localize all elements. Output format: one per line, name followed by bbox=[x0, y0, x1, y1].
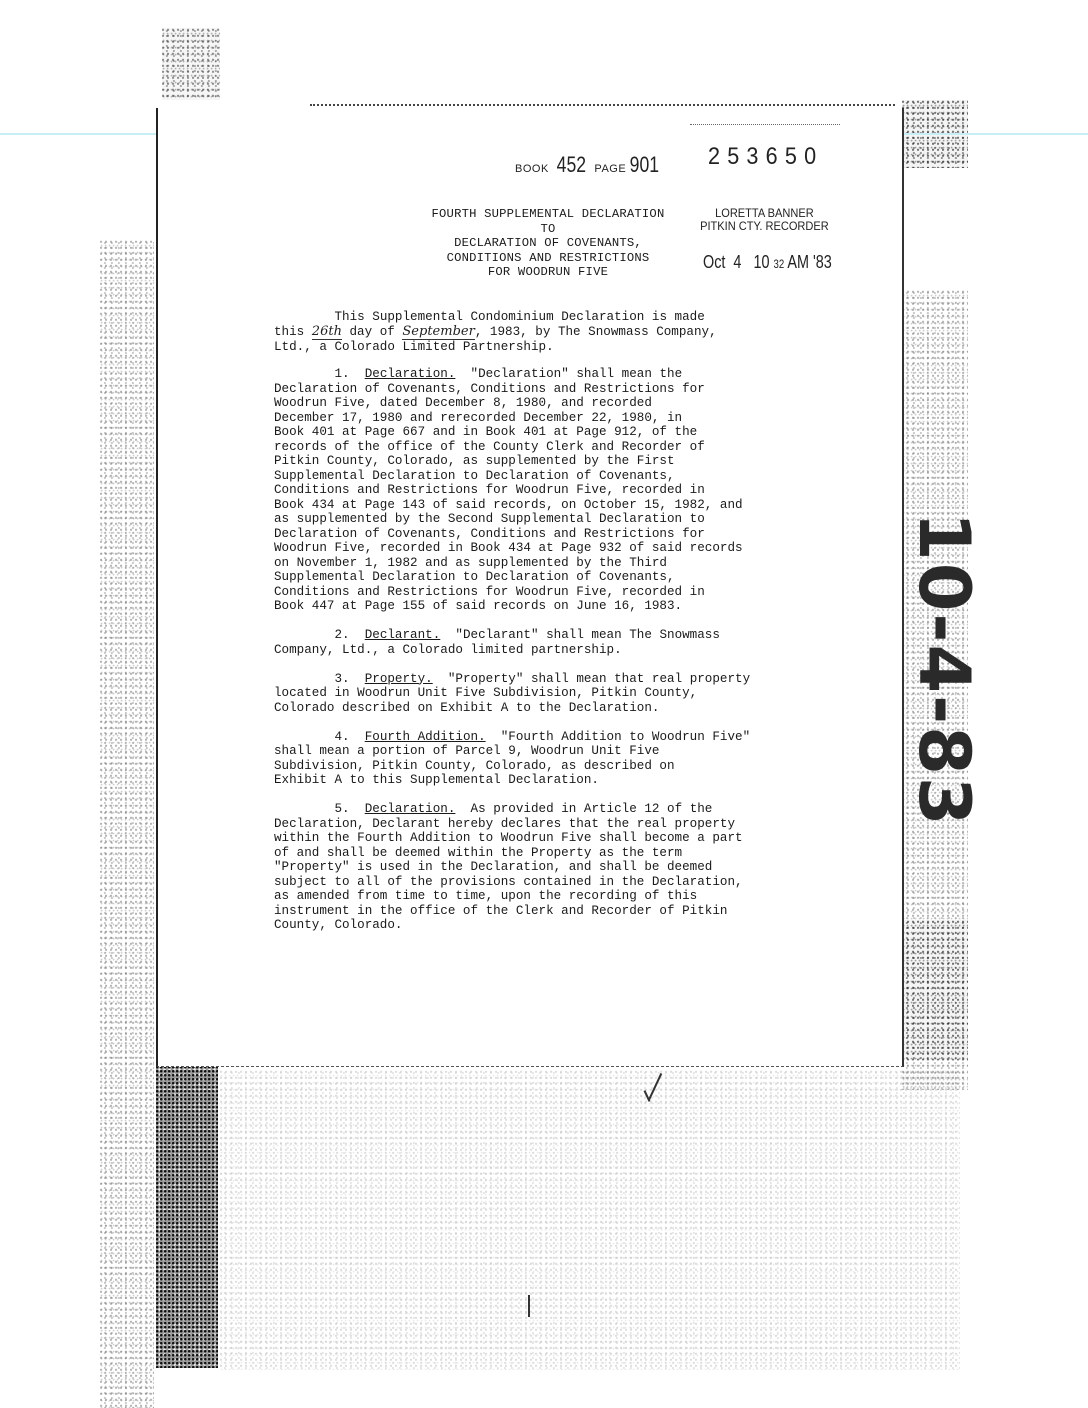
reception-number: 253650 bbox=[708, 143, 823, 171]
section-line: Woodrun Five, dated December 8, 1980, an… bbox=[274, 396, 844, 411]
section-line: Supplemental Declaration to Declaration … bbox=[274, 469, 844, 484]
section-line: located in Woodrun Unit Five Subdivision… bbox=[274, 686, 844, 701]
top-edge-dots-2 bbox=[690, 124, 840, 125]
section-line: Supplemental Declaration to Declaration … bbox=[274, 570, 844, 585]
section-line: Conditions and Restrictions for Woodrun … bbox=[274, 483, 844, 498]
title-line: TO bbox=[398, 222, 698, 237]
section-2: 2. Declarant. "Declarant" shall mean The… bbox=[274, 628, 844, 657]
page-label: PAGE bbox=[594, 163, 626, 175]
title-line: DECLARATION OF COVENANTS, bbox=[398, 236, 698, 251]
section-line: County, Colorado. bbox=[274, 918, 844, 933]
section-line: Book 401 at Page 667 and in Book 401 at … bbox=[274, 425, 844, 440]
intro-line-1: This Supplemental Condominium Declaratio… bbox=[274, 310, 844, 325]
section-line: Declaration of Covenants, Conditions and… bbox=[274, 527, 844, 542]
section-line: Company, Ltd., a Colorado limited partne… bbox=[274, 643, 844, 658]
book-number: 452 bbox=[557, 152, 586, 178]
stamp-minute: 32 bbox=[773, 257, 784, 271]
section-first-line: 4. Fourth Addition. "Fourth Addition to … bbox=[274, 730, 844, 745]
section-first-line: 5. Declaration. As provided in Article 1… bbox=[274, 802, 844, 817]
section-line: Declaration of Covenants, Conditions and… bbox=[274, 382, 844, 397]
section-first-line: 1. Declaration. "Declaration" shall mean… bbox=[274, 367, 844, 382]
section-line: shall mean a portion of Parcel 9, Woodru… bbox=[274, 744, 844, 759]
section-line: December 17, 1980 and rerecorded Decembe… bbox=[274, 411, 844, 426]
section-line: Declaration, Declarant hereby declares t… bbox=[274, 817, 844, 832]
section-line: Subdivision, Pitkin County, Colorado, as… bbox=[274, 759, 844, 774]
stray-mark bbox=[528, 1295, 530, 1317]
section-heading: Declaration. bbox=[365, 802, 456, 816]
section-heading: Property. bbox=[365, 672, 433, 686]
recorder-office: PITKIN CTY. RECORDER bbox=[700, 220, 829, 233]
handwritten-day: 26th bbox=[312, 325, 342, 341]
margin-handwritten-date: 10-4-83 bbox=[903, 512, 985, 828]
section-line: instrument in the office of the Clerk an… bbox=[274, 904, 844, 919]
section-heading: Declaration. bbox=[365, 367, 456, 381]
section-line: records of the office of the County Cler… bbox=[274, 440, 844, 455]
checkmark-icon bbox=[640, 1068, 670, 1108]
section-line: Colorado described on Exhibit A to the D… bbox=[274, 701, 844, 716]
section-first-line: 2. Declarant. "Declarant" shall mean The… bbox=[274, 628, 844, 643]
stamp-day: 4 bbox=[733, 252, 741, 272]
title-line: FOURTH SUPPLEMENTAL DECLARATION bbox=[398, 207, 698, 222]
intro-line-3: Ltd., a Colorado Limited Partnership. bbox=[274, 340, 844, 355]
stamp-hour: 10 bbox=[753, 252, 769, 272]
stamp-month: Oct bbox=[703, 252, 725, 272]
page-number: 901 bbox=[630, 152, 659, 178]
section-line: on November 1, 1982 and as supplemented … bbox=[274, 556, 844, 571]
book-page-stamp: BOOK 452 PAGE901 bbox=[515, 152, 663, 178]
section-5: 5. Declaration. As provided in Article 1… bbox=[274, 802, 844, 933]
document-title: FOURTH SUPPLEMENTAL DECLARATION TO DECLA… bbox=[398, 207, 698, 280]
scan-noise-right-lower bbox=[902, 920, 968, 1060]
section-line: Exhibit A to this Supplemental Declarati… bbox=[274, 773, 844, 788]
title-line: FOR WOODRUN FIVE bbox=[398, 265, 698, 280]
recorder-stamp: LORETTA BANNER PITKIN CTY. RECORDER bbox=[700, 207, 829, 233]
section-line: Pitkin County, Colorado, as supplemented… bbox=[274, 454, 844, 469]
intro-line-2: this 26th day of September, 1983, by The… bbox=[274, 325, 844, 341]
intro-paragraph: This Supplemental Condominium Declaratio… bbox=[274, 310, 844, 355]
section-heading: Declarant. bbox=[365, 628, 441, 642]
section-line: subject to all of the provisions contain… bbox=[274, 875, 844, 890]
section-line: of and shall be deemed within the Proper… bbox=[274, 846, 844, 861]
section-line: Conditions and Restrictions for Woodrun … bbox=[274, 585, 844, 600]
stamp-meridiem: AM bbox=[787, 252, 809, 272]
stamp-year: '83 bbox=[813, 252, 832, 272]
section-4: 4. Fourth Addition. "Fourth Addition to … bbox=[274, 730, 844, 788]
section-1: 1. Declaration. "Declaration" shall mean… bbox=[274, 367, 844, 614]
section-line: Book 434 at Page 143 of said records, on… bbox=[274, 498, 844, 513]
section-line: Book 447 at Page 155 of said records on … bbox=[274, 599, 844, 614]
handwritten-month: September bbox=[402, 325, 474, 341]
section-heading: Fourth Addition. bbox=[365, 730, 486, 744]
section-line: "Property" is used in the Declaration, a… bbox=[274, 860, 844, 875]
section-3: 3. Property. "Property" shall mean that … bbox=[274, 672, 844, 716]
recorder-stamp-date: Oct 4 10 32 AM '83 bbox=[703, 252, 832, 273]
scan-noise-bottom-left-strip bbox=[156, 1066, 218, 1368]
title-line: CONDITIONS AND RESTRICTIONS bbox=[398, 251, 698, 266]
scan-noise-top-left bbox=[162, 28, 220, 100]
section-line: as supplemented by the Second Supplement… bbox=[274, 512, 844, 527]
book-label: BOOK bbox=[515, 163, 549, 175]
section-line: Woodrun Five, recorded in Book 434 at Pa… bbox=[274, 541, 844, 556]
scan-noise-bottom-area bbox=[220, 1070, 960, 1370]
section-first-line: 3. Property. "Property" shall mean that … bbox=[274, 672, 844, 687]
section-line: within the Fourth Addition to Woodrun Fi… bbox=[274, 831, 844, 846]
section-line: as amended from time to time, upon the r… bbox=[274, 889, 844, 904]
sections-container: 1. Declaration. "Declaration" shall mean… bbox=[274, 367, 844, 933]
scan-noise-left-margin bbox=[100, 240, 154, 1408]
